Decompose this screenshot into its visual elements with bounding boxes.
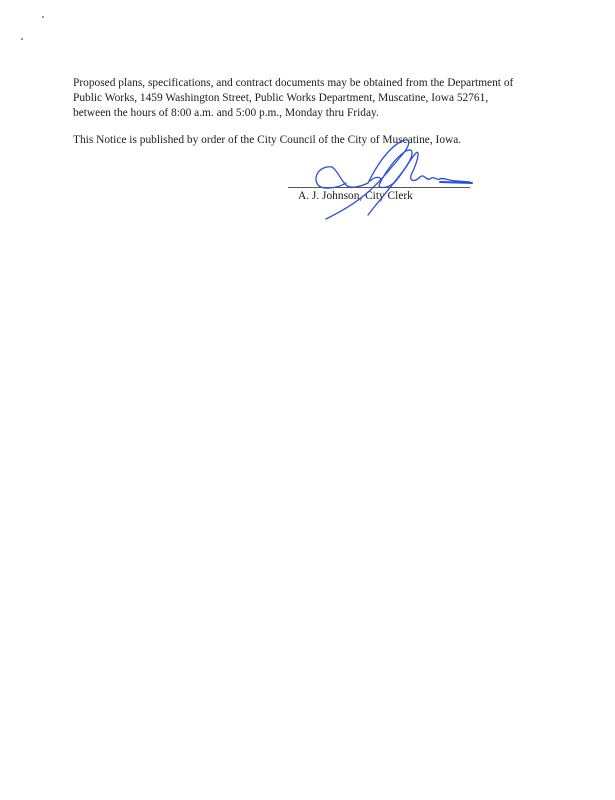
- paragraph-line: between the hours of 8:00 a.m. and 5:00 …: [73, 106, 553, 121]
- scan-speck: [21, 38, 23, 40]
- notice-publication-paragraph: This Notice is published by order of the…: [73, 133, 553, 148]
- signer-caption: A. J. Johnson, City Clerk: [298, 189, 413, 203]
- paragraph-line: Public Works, 1459 Washington Street, Pu…: [73, 91, 553, 106]
- scan-speck: [42, 16, 44, 18]
- paragraph-line: This Notice is published by order of the…: [73, 133, 553, 148]
- signature-line: [288, 187, 470, 188]
- document-page: Proposed plans, specifications, and cont…: [0, 0, 615, 800]
- paragraph-line: Proposed plans, specifications, and cont…: [73, 76, 553, 91]
- plans-availability-paragraph: Proposed plans, specifications, and cont…: [73, 76, 553, 121]
